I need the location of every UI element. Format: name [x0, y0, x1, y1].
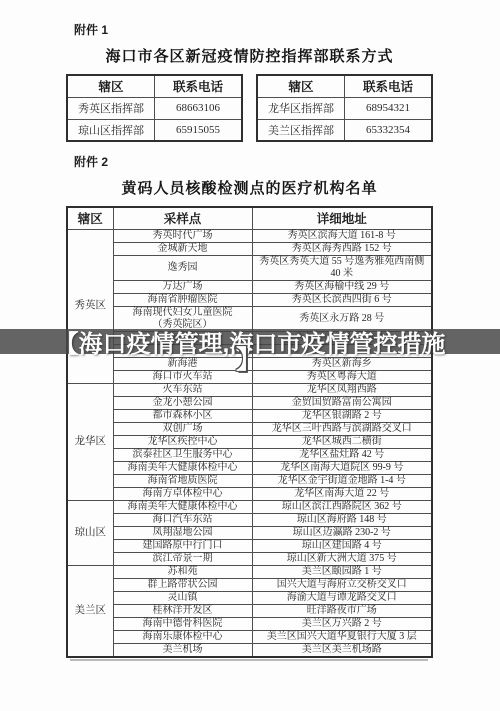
column-header-district: 辖区: [67, 75, 155, 97]
site-row: 琼山区海南美年大健康体检中心琼山区滨江西路院区 362 号: [67, 500, 432, 513]
site-row: 海南方卓体检中心龙华区南海大道 22 号: [67, 487, 432, 500]
site-cell: 建国路原中行门口: [113, 539, 252, 552]
site-cell: 万达广场: [113, 280, 252, 293]
phone-cell: 68663106: [155, 97, 243, 119]
address-cell: 琼山区滨江西路院区 362 号: [252, 500, 432, 513]
address-cell: 金贸国贸路富南公寓园: [252, 396, 432, 409]
address-cell: 龙华区城西二横街: [252, 435, 432, 448]
site-row: 建国路原中行门口琼山区建国路 4 号: [67, 539, 432, 552]
column-header-site: 采样点: [113, 207, 252, 229]
site-row: 美兰区苏和苑美兰区颐园路 1 号: [67, 565, 432, 578]
site-row: 美兰机场美兰区美兰机场路: [67, 643, 432, 657]
testing-sites-table: 辖区 采样点 详细地址 秀英区秀英时代广场秀英区滨海大道 161-8 号金城新天…: [66, 206, 433, 658]
attachment2-label: 附件 2: [74, 153, 433, 170]
site-row: 海南美年大健康体检中心龙华区南海大道院区 99-9 号: [67, 461, 432, 474]
address-cell: 龙华区凤翔西路: [252, 383, 432, 396]
address-cell: 秀英区海秀西路 152 号: [252, 242, 432, 255]
attachment1-title: 海口市各区新冠疫情防控指挥部联系方式: [66, 45, 433, 66]
district-cell: 龙华区指挥部: [257, 97, 345, 119]
district-cell: 龙华区: [67, 383, 113, 500]
site-row: 海南乐康体检中心美兰区国兴大道华夏银行大厦 3 层: [67, 630, 432, 643]
document-page: 附件 1 海口市各区新冠疫情防控指挥部联系方式 辖区 联系电话 秀英区指挥部 6…: [0, 0, 500, 711]
site-cell: 凤翔湿地公园: [113, 526, 252, 539]
site-cell: 海南美年大健康体检中心: [113, 500, 252, 513]
district-cell: 琼山区指挥部: [67, 119, 155, 141]
site-row: 龙华区火车东站龙华区凤翔西路: [67, 383, 432, 396]
site-cell: 群上路带状公园: [113, 578, 252, 591]
site-cell: 海口汽车东站: [113, 513, 252, 526]
site-row: 海口汽车东站琼山区海府路 148 号: [67, 513, 432, 526]
column-header-phone: 联系电话: [155, 75, 243, 97]
site-cell: 滨泰社区卫生服务中心: [113, 448, 252, 461]
contact-table-left: 辖区 联系电话 秀英区指挥部 68663106 琼山区指挥部 65915055: [66, 74, 243, 142]
site-row: 海南省地质医院龙华区金宇街道金地路 1-4 号: [67, 474, 432, 487]
site-row: 都市森林小区龙华区银湖路 2 号: [67, 409, 432, 422]
site-cell: 逸秀园: [113, 255, 252, 280]
site-row: 群上路带状公园国兴大道与海府立交桥交叉口: [67, 578, 432, 591]
site-cell: 海南中德骨科医院: [113, 617, 252, 630]
column-header-district: 辖区: [257, 75, 345, 97]
address-cell: 旺洋路夜市广场: [252, 604, 432, 617]
table-header-row: 辖区 联系电话: [257, 75, 432, 97]
address-cell: 龙华区三叶西路与滨湖路交叉口: [252, 422, 432, 435]
column-header-phone: 联系电话: [345, 75, 433, 97]
site-row: 海南中德骨科医院美兰区万兴路 2 号: [67, 617, 432, 630]
site-cell: 金城新天地: [113, 242, 252, 255]
table-header-row: 辖区 采样点 详细地址: [67, 207, 432, 229]
address-cell: 秀英区长滨西四街 6 号: [252, 293, 432, 306]
site-cell: 滨江帝景一期: [113, 552, 252, 565]
address-cell: 琼山区海府路 148 号: [252, 513, 432, 526]
site-cell: 海南省地质医院: [113, 474, 252, 487]
site-row: 双创广场龙华区三叶西路与滨湖路交叉口: [67, 422, 432, 435]
phone-cell: 65915055: [155, 119, 243, 141]
contact-table-right: 辖区 联系电话 龙华区指挥部 68954321 美兰区指挥部 65332354: [256, 74, 433, 142]
site-row: 龙华区疾控中心龙华区城西二横街: [67, 435, 432, 448]
site-cell: 海南省肿瘤医院: [113, 293, 252, 306]
column-header-district: 辖区: [67, 207, 113, 229]
bottom-divider: [70, 659, 428, 661]
address-cell: 龙华区南海大道院区 99-9 号: [252, 461, 432, 474]
site-cell: 海口市火车站: [113, 370, 252, 383]
table-row: 琼山区指挥部 65915055: [67, 119, 242, 141]
address-cell: 国兴大道与海府立交桥交叉口: [252, 578, 432, 591]
address-cell: 龙华区盐灶路 42 号: [252, 448, 432, 461]
address-cell: 海渝大道与谭龙路交叉口: [252, 591, 432, 604]
site-cell: 美兰机场: [113, 643, 252, 657]
address-cell: 秀英区秀英大道 55 号逸秀雅苑西南侧 40 米: [252, 255, 432, 280]
district-cell: 秀英区指挥部: [67, 97, 155, 119]
table-row: 美兰区指挥部 65332354: [257, 119, 432, 141]
site-row: 海南省肿瘤医院秀英区长滨西四街 6 号: [67, 293, 432, 306]
site-row: 秀英区秀英时代广场秀英区滨海大道 161-8 号: [67, 229, 432, 242]
address-cell: 龙华区金宇街道金地路 1-4 号: [252, 474, 432, 487]
address-cell: 秀英区粤海大道: [252, 370, 432, 383]
site-cell: 龙华区疾控中心: [113, 435, 252, 448]
contact-tables: 辖区 联系电话 秀英区指挥部 68663106 琼山区指挥部 65915055 …: [66, 74, 433, 142]
address-cell: 美兰区国兴大道华夏银行大厦 3 层: [252, 630, 432, 643]
table-row: 秀英区指挥部 68663106: [67, 97, 242, 119]
site-cell: 灵山镇: [113, 591, 252, 604]
testing-table-body: 秀英区秀英时代广场秀英区滨海大道 161-8 号金城新天地秀英区海秀西路 152…: [67, 229, 432, 657]
address-cell: 琼山区新大洲大道 375 号: [252, 552, 432, 565]
phone-cell: 68954321: [345, 97, 433, 119]
site-row: 滨泰社区卫生服务中心龙华区盐灶路 42 号: [67, 448, 432, 461]
attachment1-label: 附件 1: [74, 21, 433, 38]
district-cell: 美兰区: [67, 565, 113, 657]
address-cell: 美兰区万兴路 2 号: [252, 617, 432, 630]
site-cell: 金龙小憩公园: [113, 396, 252, 409]
attachment2-title: 黄码人员核酸检测点的医疗机构名单: [66, 177, 433, 198]
district-cell: 秀英区: [67, 229, 113, 383]
address-cell: 琼山区迈瀛路 230-2 号: [252, 526, 432, 539]
site-row: 滨江帝景一期琼山区新大洲大道 375 号: [67, 552, 432, 565]
district-cell: 琼山区: [67, 500, 113, 565]
address-cell: 美兰区美兰机场路: [252, 643, 432, 657]
site-row: 逸秀园秀英区秀英大道 55 号逸秀雅苑西南侧 40 米: [67, 255, 432, 280]
site-cell: 都市森林小区: [113, 409, 252, 422]
site-cell: 苏和苑: [113, 565, 252, 578]
address-cell: 龙华区南海大道 22 号: [252, 487, 432, 500]
table-row: 龙华区指挥部 68954321: [257, 97, 432, 119]
site-row: 桂林洋开发区旺洋路夜市广场: [67, 604, 432, 617]
site-cell: 桂林洋开发区: [113, 604, 252, 617]
site-cell: 火车东站: [113, 383, 252, 396]
column-header-address: 详细地址: [252, 207, 432, 229]
address-cell: 龙华区银湖路 2 号: [252, 409, 432, 422]
site-row: 金龙小憩公园金贸国贸路富南公寓园: [67, 396, 432, 409]
address-cell: 美兰区颐园路 1 号: [252, 565, 432, 578]
table-header-row: 辖区 联系电话: [67, 75, 242, 97]
address-cell: 秀英区海榆中线 29 号: [252, 280, 432, 293]
address-cell: 琼山区建国路 4 号: [252, 539, 432, 552]
site-cell: 双创广场: [113, 422, 252, 435]
site-row: 金城新天地秀英区海秀西路 152 号: [67, 242, 432, 255]
phone-cell: 65332354: [345, 119, 433, 141]
district-cell: 美兰区指挥部: [257, 119, 345, 141]
site-row: 万达广场秀英区海榆中线 29 号: [67, 280, 432, 293]
site-row: 灵山镇海渝大道与谭龙路交叉口: [67, 591, 432, 604]
site-cell: 海南方卓体检中心: [113, 487, 252, 500]
site-row: 凤翔湿地公园琼山区迈瀛路 230-2 号: [67, 526, 432, 539]
site-cell: 海南乐康体检中心: [113, 630, 252, 643]
site-cell: 海南美年大健康体检中心: [113, 461, 252, 474]
address-cell: 秀英区滨海大道 161-8 号: [252, 229, 432, 242]
watermark-closing-bracket: 】: [236, 347, 261, 373]
site-cell: 秀英时代广场: [113, 229, 252, 242]
